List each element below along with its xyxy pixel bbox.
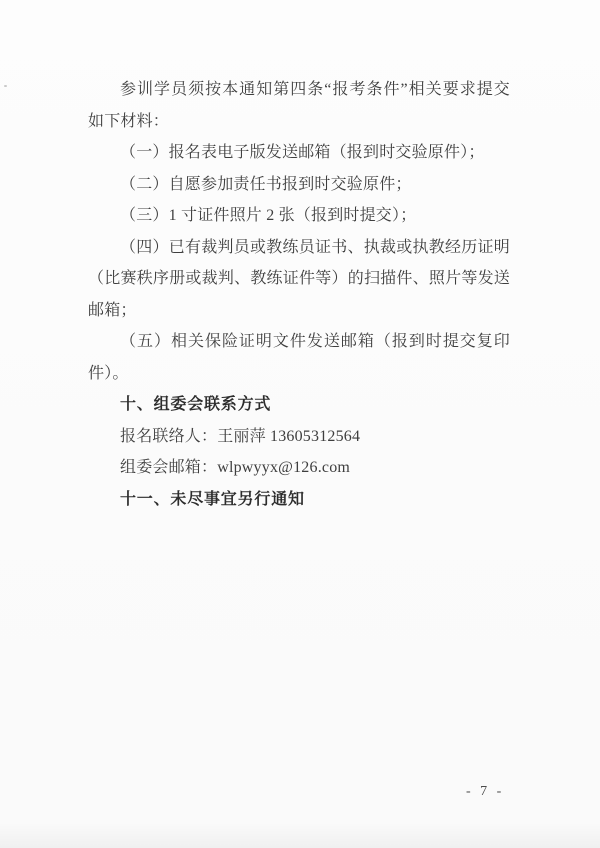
section-heading: 十、组委会联系方式	[88, 389, 510, 421]
text-line: 邮箱；	[88, 295, 510, 327]
page-number: - 7 -	[466, 778, 504, 806]
text-line: 件）。	[88, 358, 510, 390]
document-body: 参训学员须按本通知第四条“报考条件”相关要求提交如下材料：（一）报名表电子版发送…	[88, 74, 510, 515]
text-line: 参训学员须按本通知第四条“报考条件”相关要求提交	[88, 74, 510, 106]
text-line: （一）报名表电子版发送邮箱（报到时交验原件）；	[88, 137, 510, 169]
text-line: （四）已有裁判员或教练员证书、执裁或执教经历证明	[88, 232, 510, 264]
text-line: 报名联络人：王丽萍 13605312564	[88, 421, 510, 453]
section-heading: 十一、未尽事宜另行通知	[88, 484, 510, 516]
text-line: （比赛秩序册或裁判、教练证件等）的扫描件、照片等发送	[88, 263, 510, 295]
text-line: 组委会邮箱：wlpwyyx@126.com	[88, 452, 510, 484]
text-line: （三）1 寸证件照片 2 张（报到时提交）；	[88, 200, 510, 232]
text-line: （五）相关保险证明文件发送邮箱（报到时提交复印	[88, 326, 510, 358]
text-line: 如下材料：	[88, 106, 510, 138]
scan-speck	[4, 85, 7, 87]
document-page: 参训学员须按本通知第四条“报考条件”相关要求提交如下材料：（一）报名表电子版发送…	[0, 0, 600, 848]
text-line: （二）自愿参加责任书报到时交验原件；	[88, 169, 510, 201]
